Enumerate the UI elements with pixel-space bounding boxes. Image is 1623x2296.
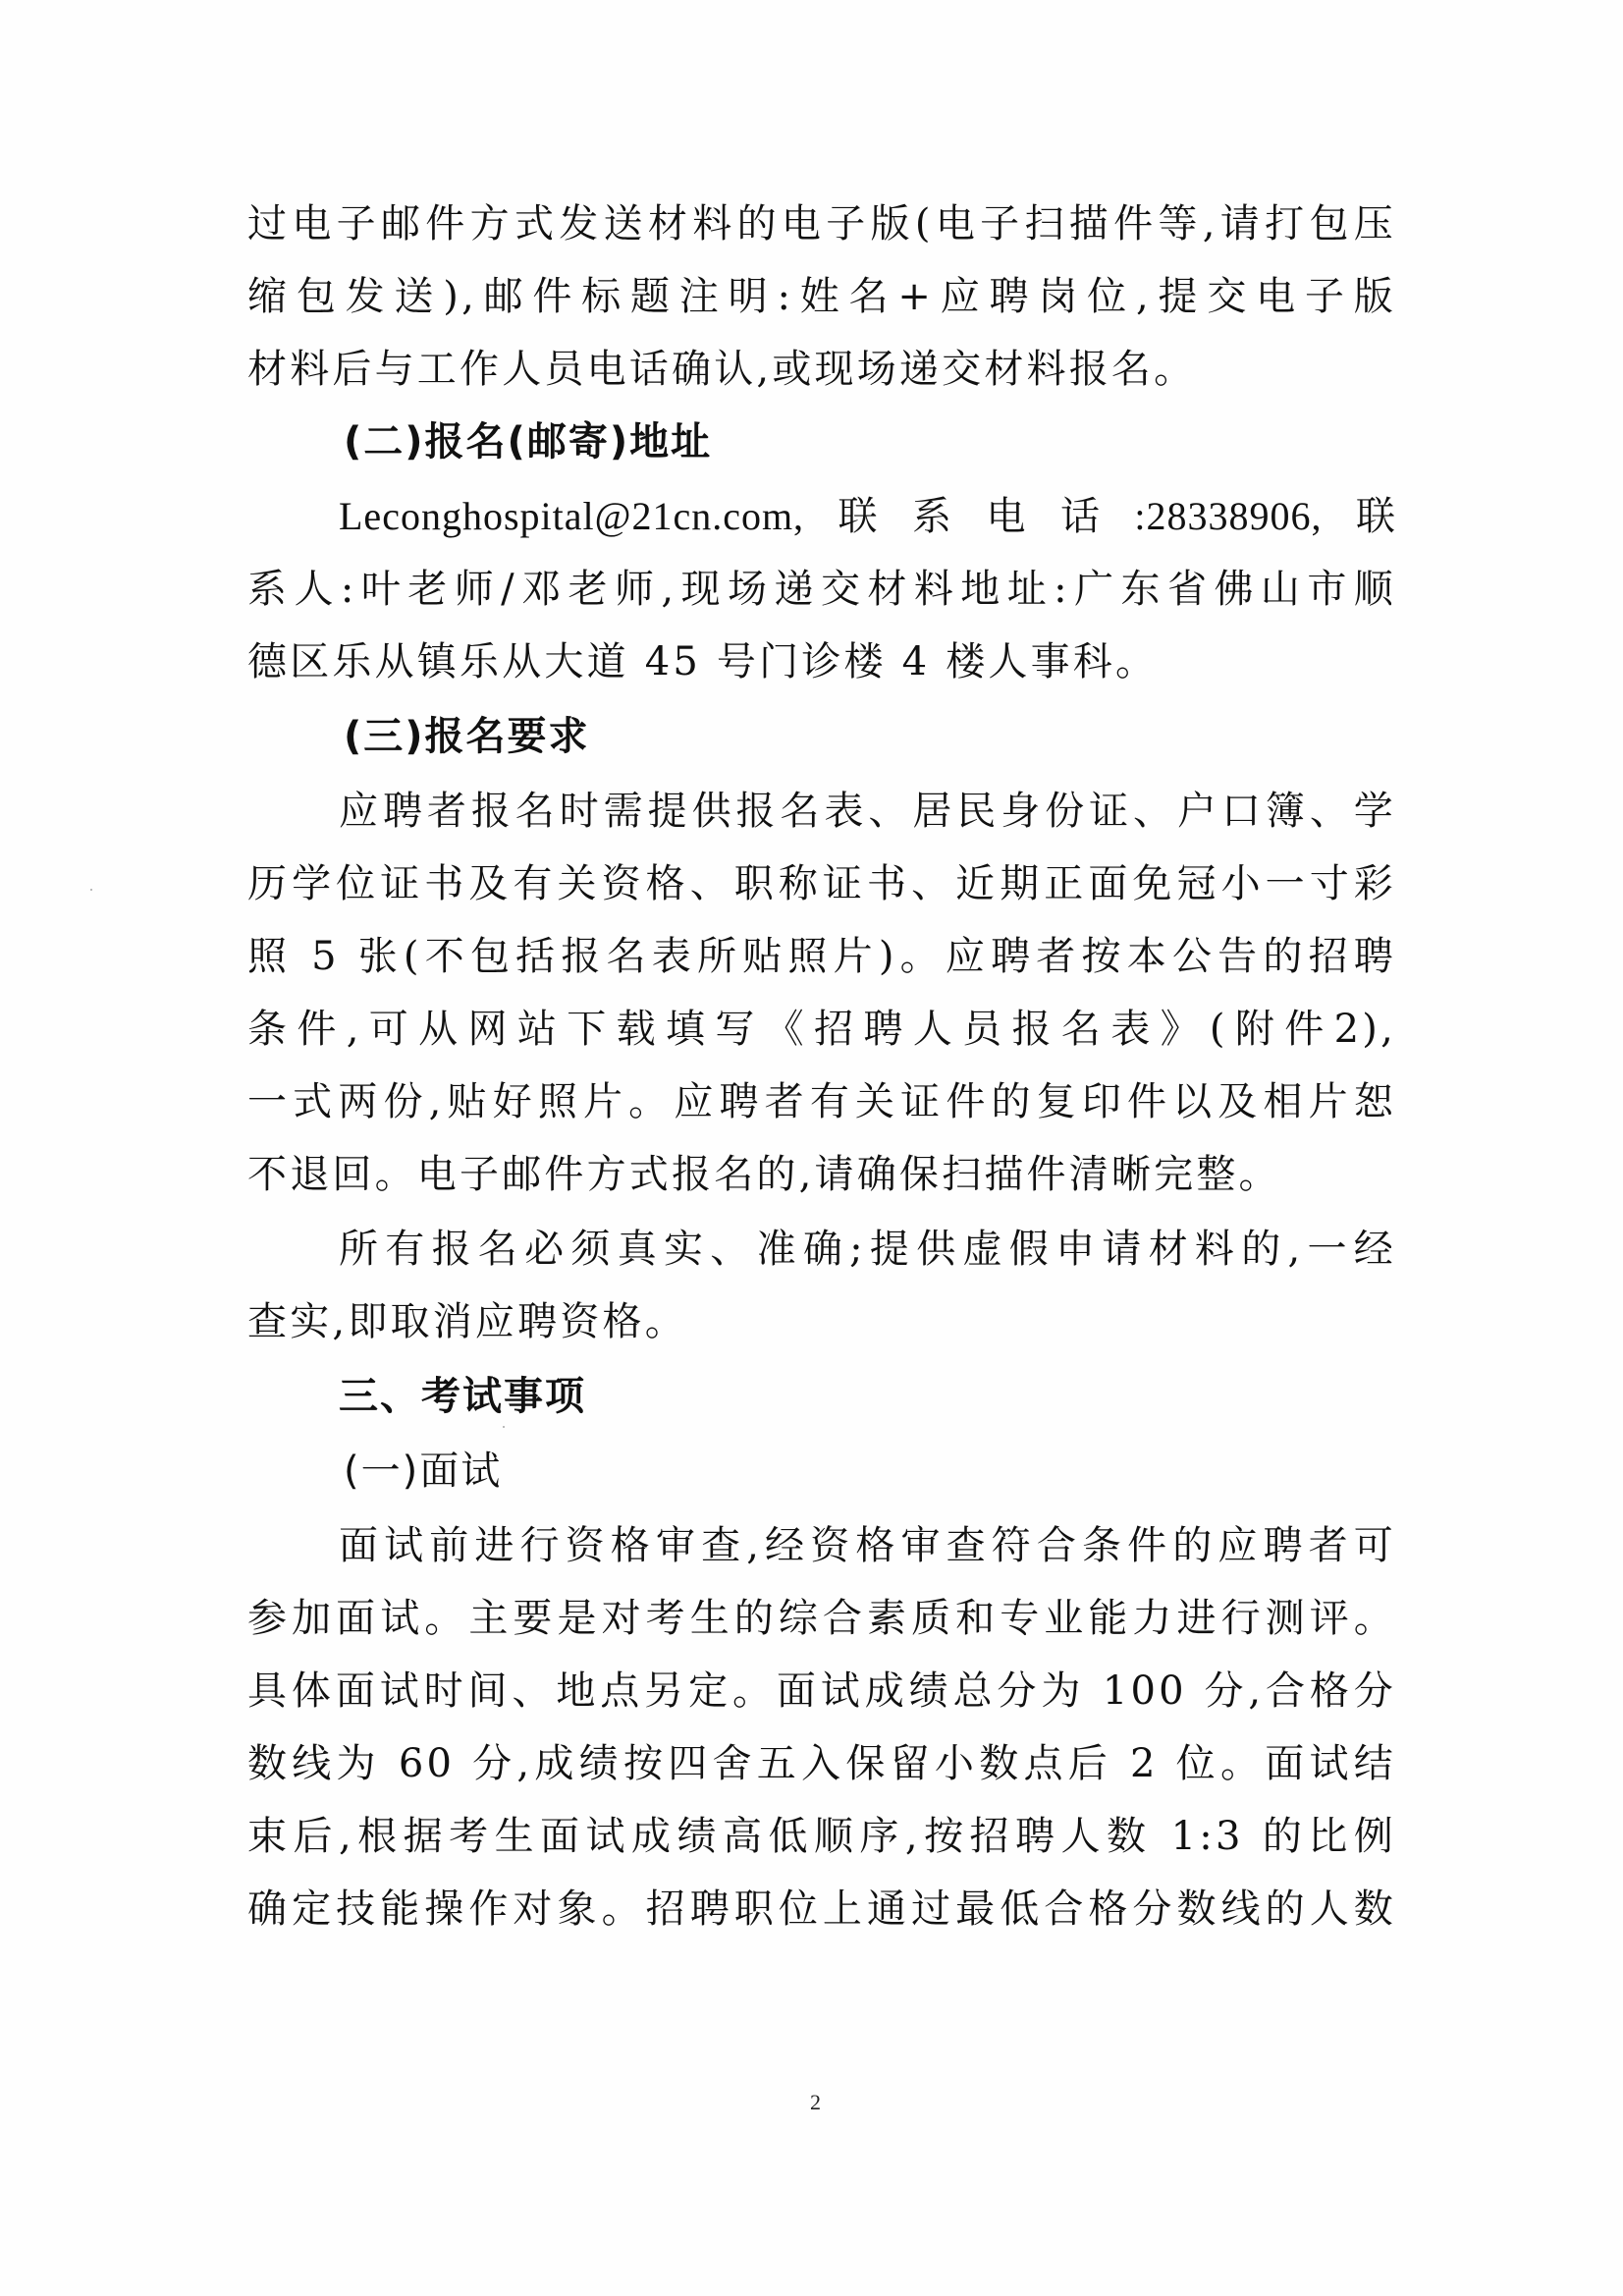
scan-artifact xyxy=(90,889,92,891)
paragraph-line: 所有报名必须真实、准确;提供虚假申请材料的,一经 xyxy=(339,1222,1396,1277)
section-subheading-registration-requirements: (三)报名要求 xyxy=(344,709,1492,764)
paragraph-line: 数线为 60 分,成绩按四舍五入保留小数点后 2 位。面试结 xyxy=(247,1736,1396,1791)
document-page: 过电子邮件方式发送材料的电子版(电子扫描件等,请打包压 缩包发送),邮件标题注明… xyxy=(0,0,1623,2296)
page-number: 2 xyxy=(810,2090,821,2115)
paragraph-line: 条件,可从网站下载填写《招聘人员报名表》(附件2), xyxy=(247,1002,1396,1057)
paragraph-line: 材料后与工作人员电话确认,或现场递交材料报名。 xyxy=(247,342,1396,397)
paragraph-line: 面试前进行资格审查,经资格审查符合条件的应聘者可 xyxy=(339,1518,1396,1573)
section-subheading-interview: (一)面试 xyxy=(344,1444,1492,1499)
paragraph-line: 不退回。电子邮件方式报名的,请确保扫描件清晰完整。 xyxy=(247,1147,1396,1202)
paragraph-line: 一式两份,贴好照片。应聘者有关证件的复印件以及相片恕 xyxy=(247,1074,1396,1129)
scan-artifact xyxy=(503,1426,505,1428)
paragraph-line: 确定技能操作对象。招聘职位上通过最低合格分数线的人数 xyxy=(247,1882,1396,1937)
paragraph-line: 具体面试时间、地点另定。面试成绩总分为 100 分,合格分 xyxy=(247,1664,1396,1719)
paragraph-line: 束后,根据考生面试成绩高低顺序,按招聘人数 1:3 的比例 xyxy=(247,1809,1396,1864)
paragraph-line: 参加面试。主要是对考生的综合素质和专业能力进行测评。 xyxy=(247,1591,1396,1646)
contact-email-line: Leconghospital@21cn.com,联系电话:28338906,联 xyxy=(339,489,1396,544)
paragraph-line: 德区乐从镇乐从大道 45 号门诊楼 4 楼人事科。 xyxy=(247,634,1396,689)
section-subheading-registration-address: (二)报名(邮寄)地址 xyxy=(344,414,1492,469)
paragraph-line: 过电子邮件方式发送材料的电子版(电子扫描件等,请打包压 xyxy=(247,196,1396,251)
paragraph-line: 查实,即取消应聘资格。 xyxy=(247,1294,1396,1349)
paragraph-line: 历学位证书及有关资格、职称证书、近期正面免冠小一寸彩 xyxy=(247,856,1396,911)
paragraph-line: 缩包发送),邮件标题注明:姓名+应聘岗位,提交电子版 xyxy=(247,269,1396,324)
paragraph-line: 照 5 张(不包括报名表所贴照片)。应聘者按本公告的招聘 xyxy=(247,929,1396,984)
section-heading-exam-matters: 三、考试事项 xyxy=(339,1369,1488,1424)
paragraph-line: 应聘者报名时需提供报名表、居民身份证、户口簿、学 xyxy=(339,784,1396,839)
paragraph-line: 系人:叶老师/邓老师,现场递交材料地址:广东省佛山市顺 xyxy=(247,562,1396,617)
